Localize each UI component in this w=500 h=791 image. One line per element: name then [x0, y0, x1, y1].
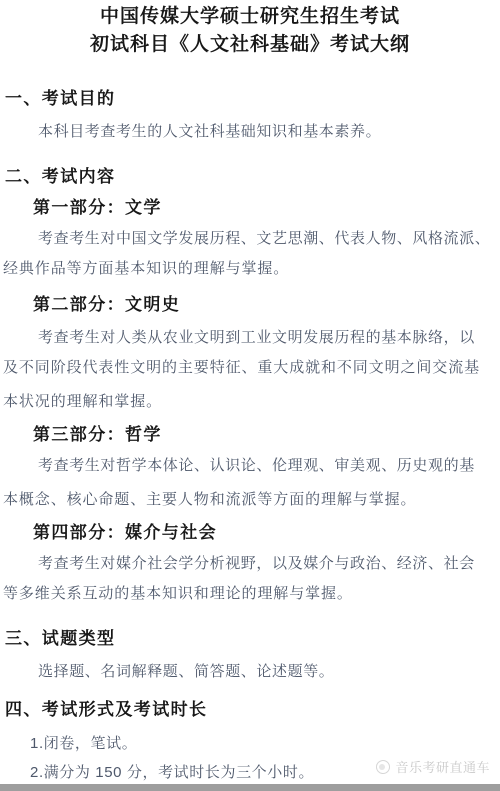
section-heading-exam-format: 四、考试形式及考试时长 [5, 699, 207, 721]
paragraph-line: 考查考生对媒介社会学分析视野，以及媒介与政治、经济、社会 [38, 553, 475, 575]
paragraph-line: 考查考生对中国文学发展历程、文艺思潮、代表人物、风格流派、 [38, 228, 490, 250]
bottom-divider-bar [0, 784, 500, 791]
paragraph-line: 本科目考查考生的人文社科基础知识和基本素养。 [38, 121, 381, 143]
paragraph-line: 考查考生对人类从农业文明到工业文明发展历程的基本脉络，以 [38, 327, 475, 349]
paragraph-line: 经典作品等方面基本知识的理解与掌握。 [3, 258, 289, 280]
paragraph-line: 本状况的理解和掌握。 [3, 391, 162, 413]
exam-syllabus-document: 中国传媒大学硕士研究生招生考试 初试科目《人文社科基础》考试大纲 一、考试目的 … [0, 0, 500, 791]
paragraph-line: 等多维关系互动的基本知识和理论的理解与掌握。 [3, 583, 353, 605]
section-heading-question-types: 三、试题类型 [5, 628, 115, 650]
part-heading-media-society: 第四部分：媒介与社会 [33, 522, 217, 544]
paragraph-line: 选择题、名词解释题、简答题、论述题等。 [38, 661, 334, 683]
section-heading-exam-content: 二、考试内容 [5, 166, 115, 188]
paragraph-line: 及不同阶段代表性文明的主要特征、重大成就和不同文明之间交流基 [3, 357, 480, 379]
watermark: 音乐考研直通车 [376, 757, 490, 776]
paragraph-line: 考查考生对哲学本体论、认识论、伦理观、审美观、历史观的基 [38, 455, 475, 477]
numbered-item-score-duration: 2.满分为 150 分，考试时长为三个小时。 [30, 762, 314, 784]
section-heading-exam-purpose: 一、考试目的 [5, 88, 115, 110]
watermark-logo-icon [376, 760, 390, 774]
document-title-line1: 中国传媒大学硕士研究生招生考试 [0, 6, 500, 28]
part-heading-literature: 第一部分：文学 [33, 197, 162, 219]
part-heading-civilization: 第二部分：文明史 [33, 294, 180, 316]
document-title-line2: 初试科目《人文社科基础》考试大纲 [0, 34, 500, 56]
part-heading-philosophy: 第三部分：哲学 [33, 424, 162, 446]
numbered-item-closed-book: 1.闭卷，笔试。 [30, 733, 137, 755]
watermark-text: 音乐考研直通车 [395, 757, 490, 776]
paragraph-line: 本概念、核心命题、主要人物和流派等方面的理解与掌握。 [3, 489, 416, 511]
